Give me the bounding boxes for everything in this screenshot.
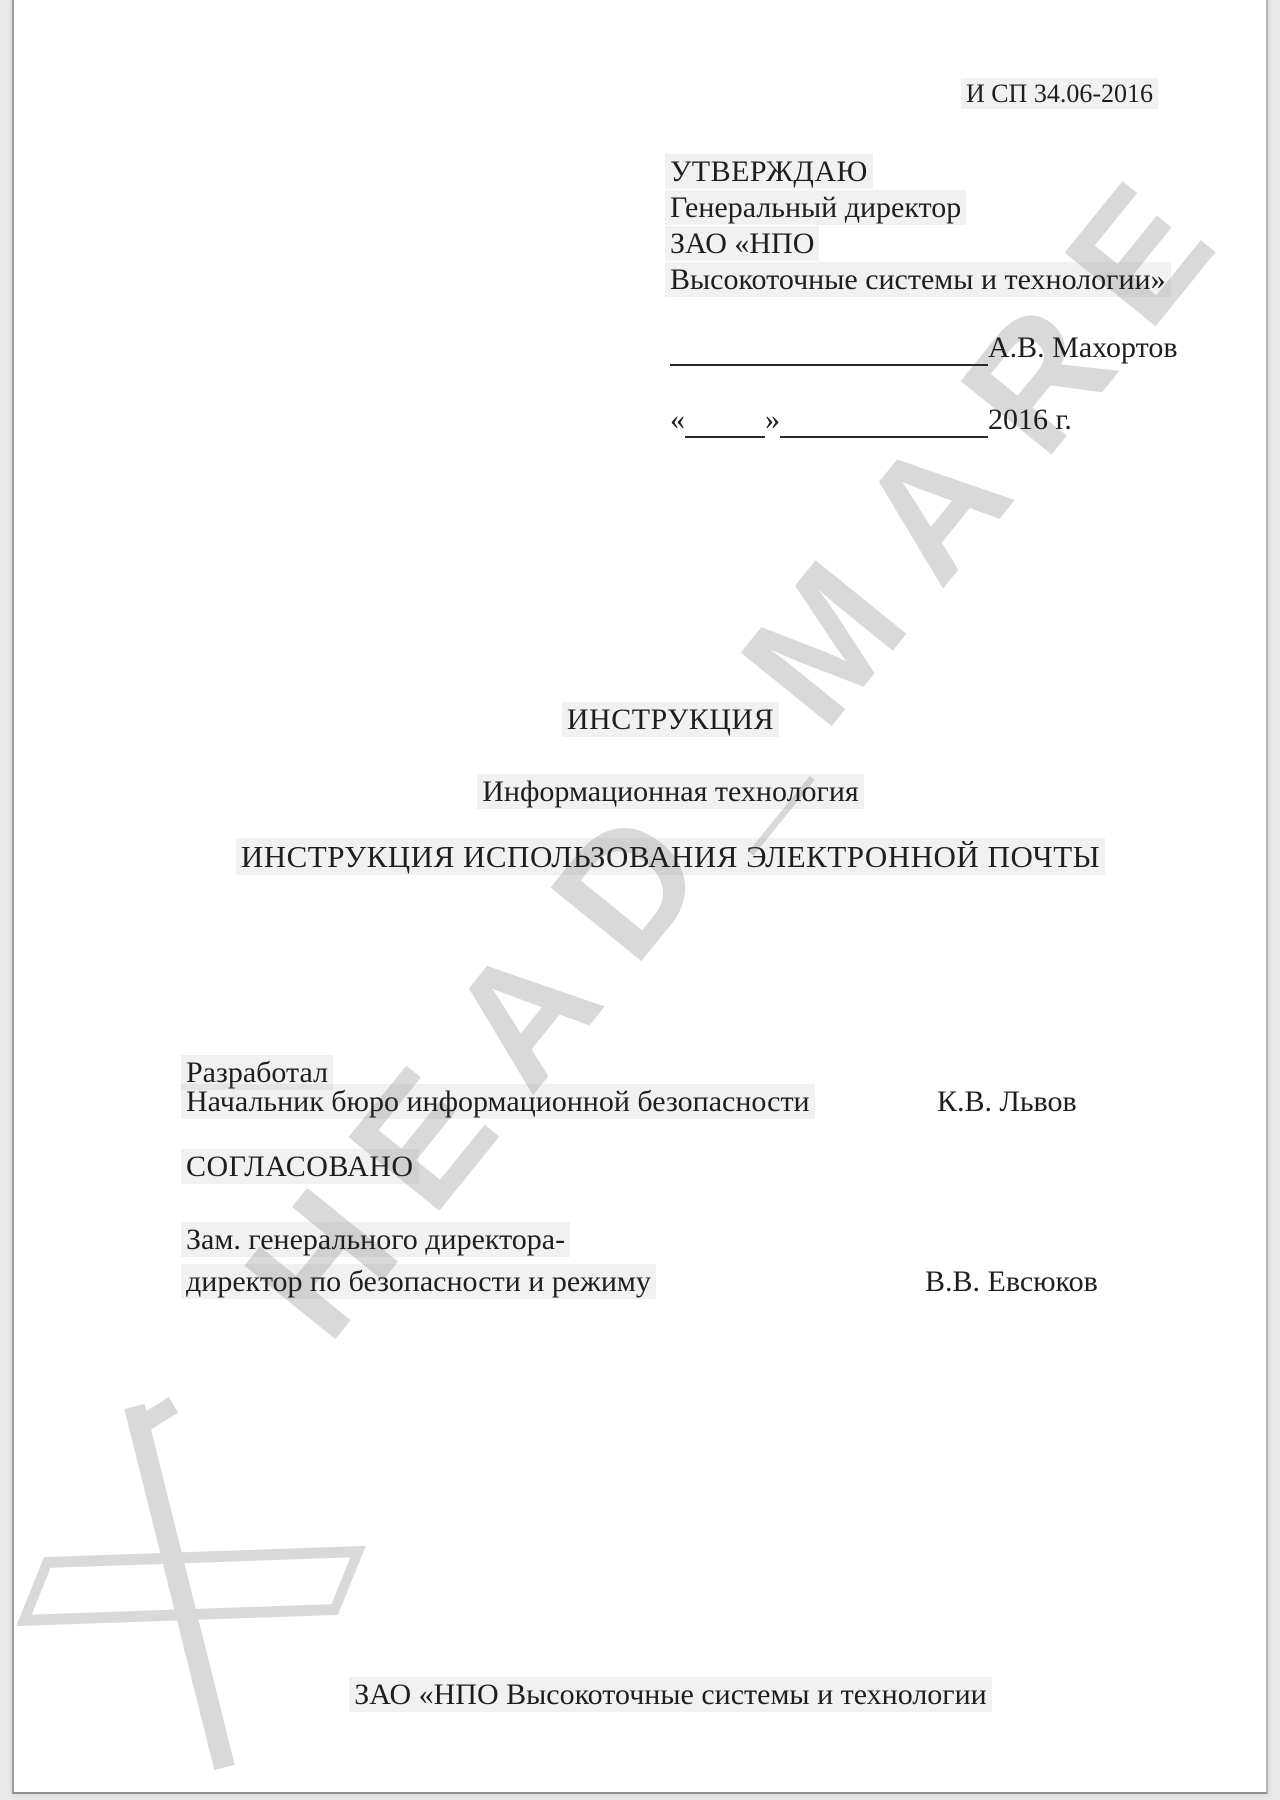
- agreed-name: В.В. Евсюков: [925, 1264, 1098, 1300]
- developed-name: К.В. Львов: [937, 1084, 1077, 1120]
- developed-role: Начальник бюро информационной безопаснос…: [181, 1084, 815, 1119]
- date-close-quote: »: [765, 403, 780, 436]
- document-text-layer: И СП 34.06-2016 УТВЕРЖДАЮ Генеральный ди…: [0, 0, 1280, 1800]
- date-day-blank: [685, 406, 765, 438]
- signature-blank-line: [670, 334, 988, 366]
- date-open-quote: «: [670, 403, 685, 436]
- doc-kind-title: ИНСТРУКЦИЯ: [186, 702, 1160, 738]
- date-line: «»2016 г.: [670, 402, 1072, 438]
- developed-row: Начальник бюро информационной безопаснос…: [186, 1084, 1160, 1120]
- doc-subtitle: Информационная технология: [186, 774, 1160, 810]
- date-month-blank: [780, 406, 988, 438]
- approval-line2: Генеральный директор: [670, 190, 966, 226]
- doc-main-title: ИНСТРУКЦИЯ ИСПОЛЬЗОВАНИЯ ЭЛЕКТРОННОЙ ПОЧ…: [186, 839, 1160, 875]
- approval-line4: Высокоточные системы и технологии»: [670, 262, 1171, 298]
- date-year: 2016 г.: [988, 403, 1072, 436]
- signature-line: А.В. Махортов: [670, 330, 1178, 366]
- scanned-document-page: HEAD_MARE И СП 34.06-2016 УТВЕРЖДАЮ Гене…: [0, 0, 1280, 1800]
- signer-name: А.В. Махортов: [988, 331, 1178, 364]
- approval-heading: УТВЕРЖДАЮ: [670, 154, 873, 190]
- agreed-row: директор по безопасности и режиму В.В. Е…: [186, 1264, 1160, 1300]
- approval-line3: ЗАО «НПО: [670, 226, 819, 262]
- agreed-role-line1: Зам. генерального директора-: [186, 1222, 570, 1258]
- document-code: И СП 34.06-2016: [966, 76, 1158, 112]
- agreed-label: СОГЛАСОВАНО: [186, 1149, 419, 1185]
- agreed-role-line2: директор по безопасности и режиму: [181, 1264, 656, 1299]
- footer-company-line: ЗАО «НПО Высокоточные системы и технолог…: [186, 1677, 1160, 1713]
